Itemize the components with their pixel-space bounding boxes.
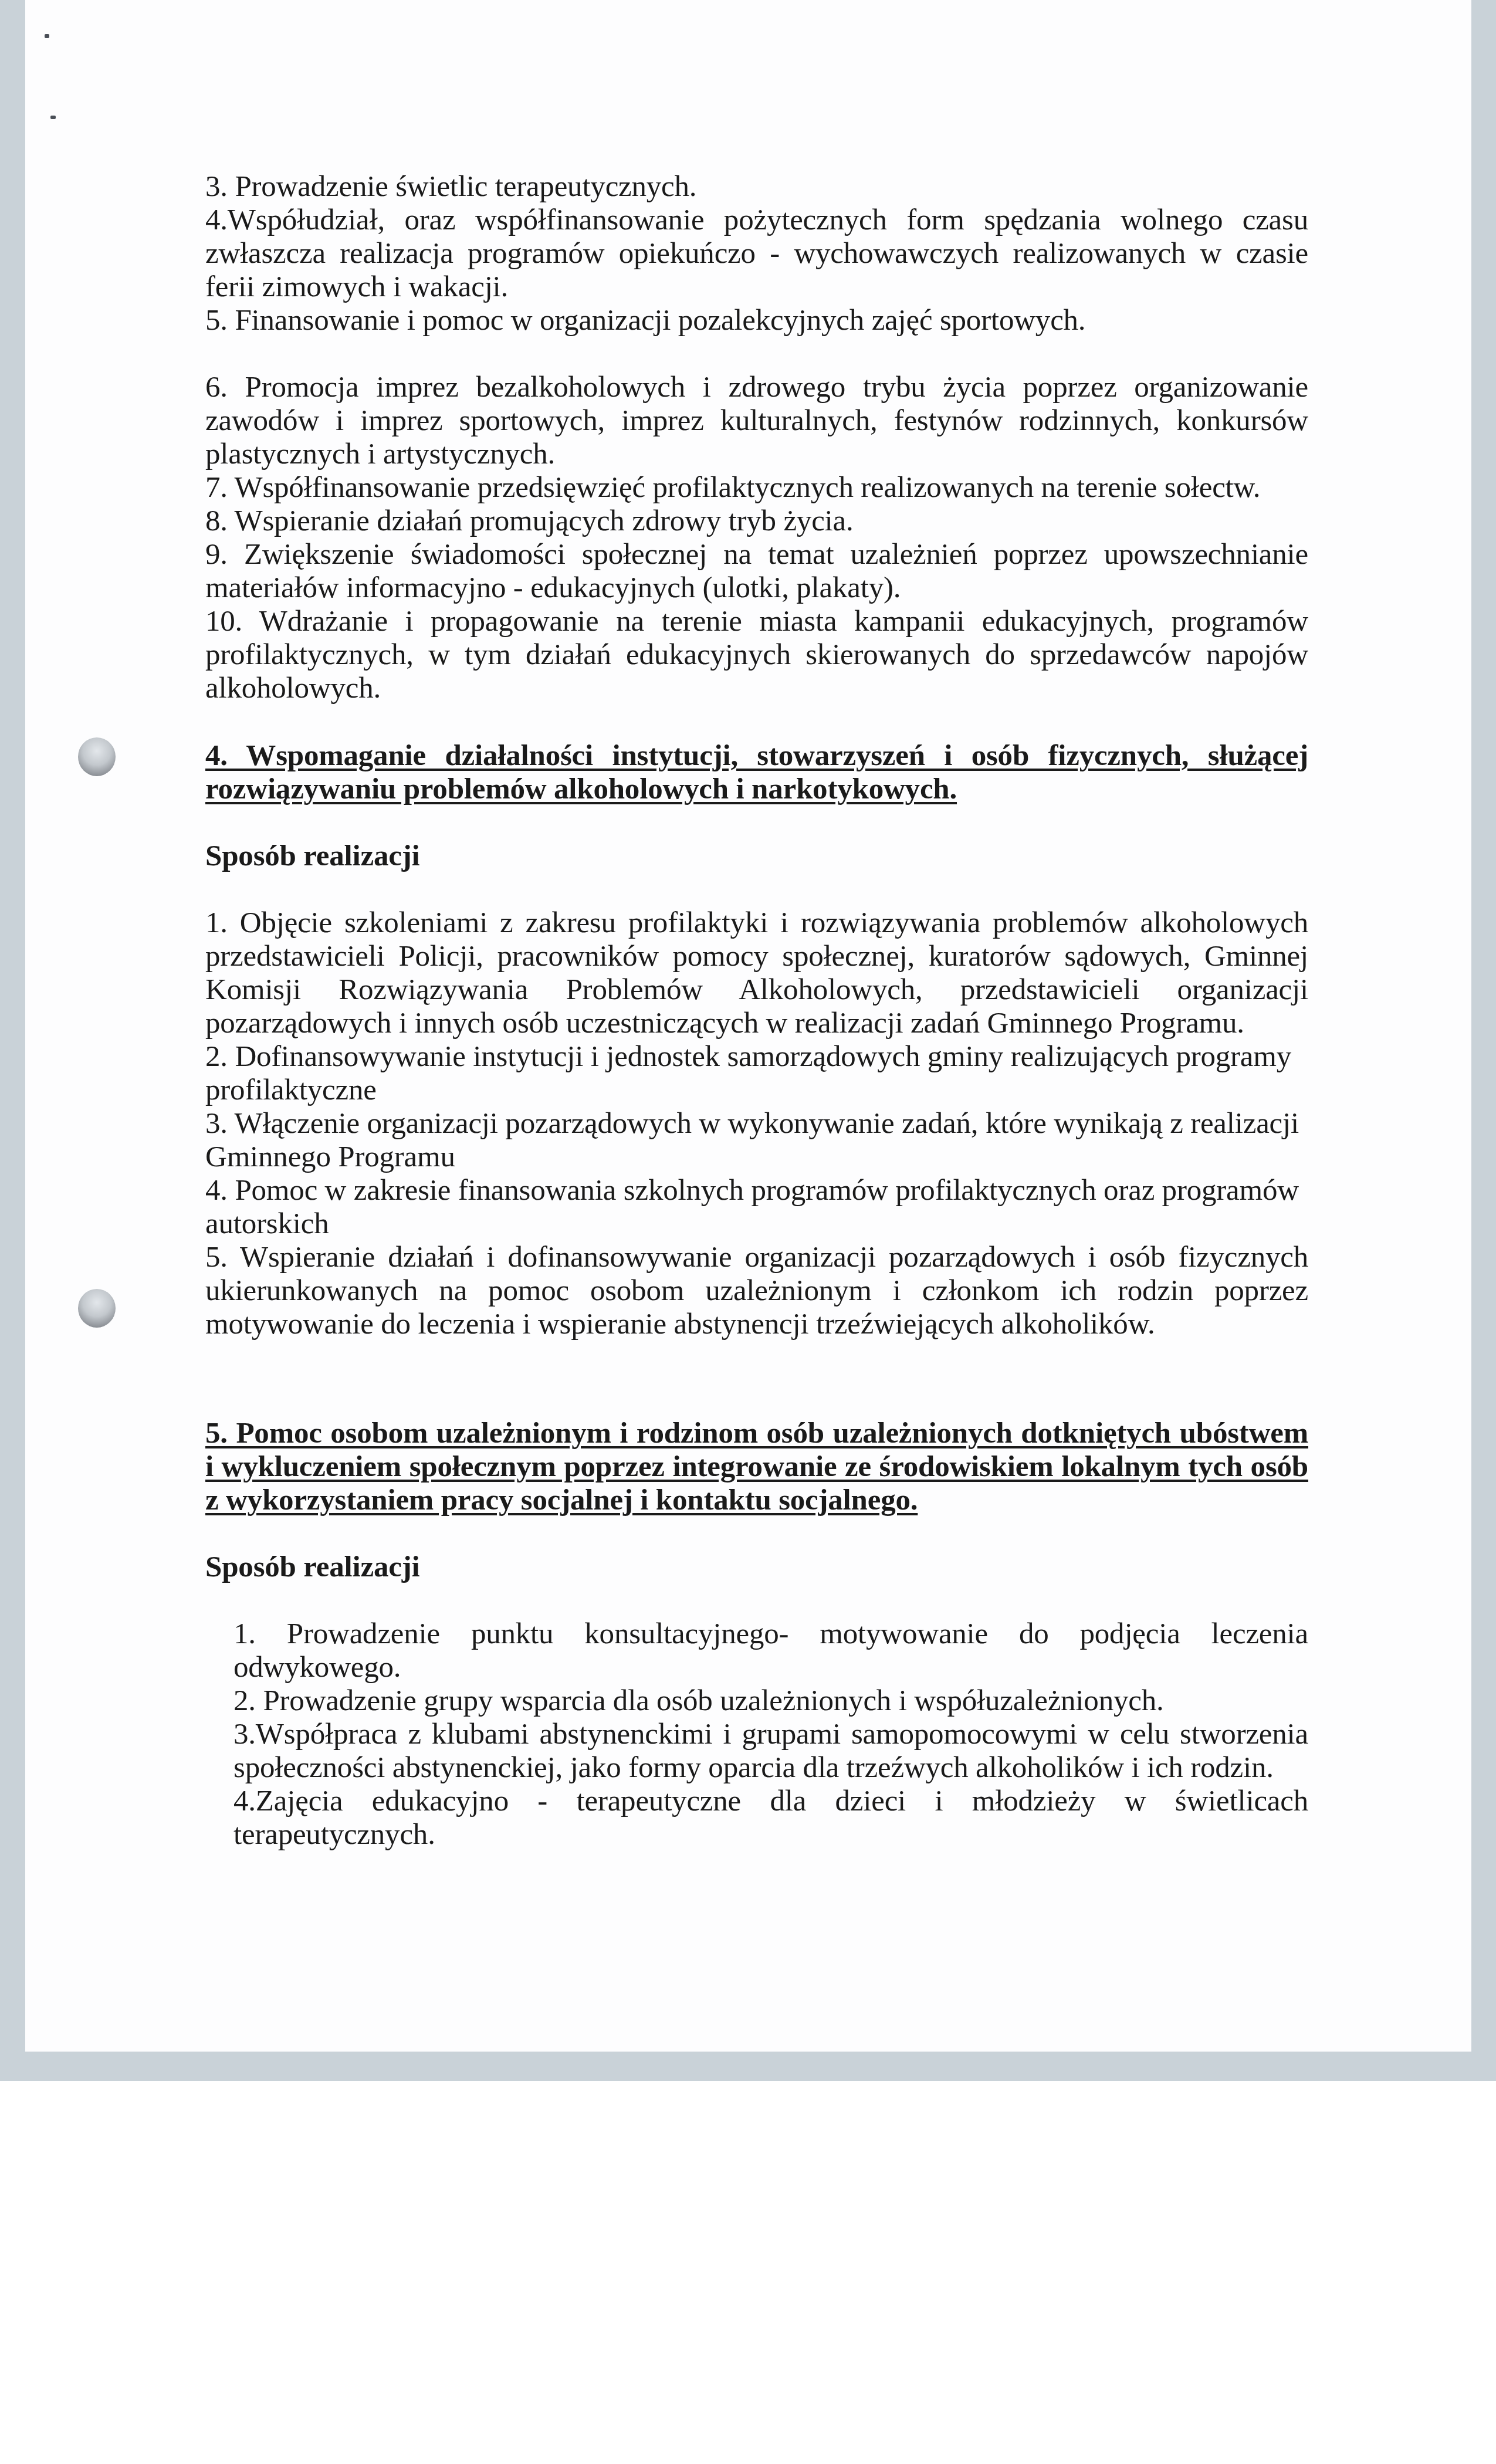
text-line: odwykowego. xyxy=(233,1651,1308,1684)
text-line: zawodów i imprez sportowych, imprez kult… xyxy=(205,404,1308,438)
text-line: profilaktycznych, w tym działań edukacyj… xyxy=(205,638,1308,672)
subheading: Sposób realizacji xyxy=(205,1551,1308,1584)
scan-speck xyxy=(50,116,56,119)
text-line: 9. Zwiększenie świadomości społecznej na… xyxy=(205,538,1308,571)
text-line: zwłaszcza realizacja programów opiekuńcz… xyxy=(205,237,1308,270)
text-line: 5. Wspieranie działań i dofinansowywanie… xyxy=(205,1241,1308,1274)
text-line: społeczności abstynenckiej, jako formy o… xyxy=(233,1751,1308,1785)
text-line: 1. Objęcie szkoleniami z zakresu profila… xyxy=(205,906,1308,940)
text-line: 8. Wspieranie działań promujących zdrowy… xyxy=(205,505,1308,538)
section-heading-line: i wykluczeniem społecznym poprzez integr… xyxy=(205,1450,1308,1483)
section-heading-line: 4. Wspomaganie działalności instytucji, … xyxy=(205,739,1308,772)
text-line: 10. Wdrażanie i propagowanie na terenie … xyxy=(205,605,1308,638)
section-heading: i wykluczeniem społecznym poprzez integr… xyxy=(205,1450,1308,1484)
text-line: 3. Prowadzenie świetlic terapeutycznych. xyxy=(205,170,1308,204)
text-line: alkoholowych. xyxy=(205,672,1308,705)
text-line: 3. Włączenie organizacji pozarządowych w… xyxy=(205,1107,1308,1140)
text-line: 5. Finansowanie i pomoc w organizacji po… xyxy=(205,304,1308,337)
text-line: autorskich xyxy=(205,1207,1308,1241)
section-heading: 4. Wspomaganie działalności instytucji, … xyxy=(205,739,1308,773)
text-line: Gminnego Programu xyxy=(205,1140,1308,1174)
text-line: profilaktyczne xyxy=(205,1074,1308,1107)
text-line: 4.Zajęcia edukacyjno - terapeutyczne dla… xyxy=(233,1785,1308,1818)
text-line: ukierunkowanych na pomoc osobom uzależni… xyxy=(205,1274,1308,1308)
text-line: przedstawicieli Policji, pracowników pom… xyxy=(205,940,1308,973)
text-line: motywowanie do leczenia i wspieranie abs… xyxy=(205,1308,1308,1341)
section-heading: rozwiązywaniu problemów alkoholowych i n… xyxy=(205,773,1308,806)
text-line: 3.Współpraca z klubami abstynenckimi i g… xyxy=(233,1718,1308,1751)
text-line: ferii zimowych i wakacji. xyxy=(205,270,1308,304)
text-line: pozarządowych i innych osób uczestnicząc… xyxy=(205,1007,1308,1040)
punch-hole-top xyxy=(78,737,116,776)
subheading: Sposób realizacji xyxy=(205,840,1308,873)
text-line: materiałów informacyjno - edukacyjnych (… xyxy=(205,571,1308,605)
text-line: 2. Dofinansowywanie instytucji i jednost… xyxy=(205,1040,1308,1074)
text-line: 7. Współfinansowanie przedsięwzięć profi… xyxy=(205,471,1308,505)
text-line: 2. Prowadzenie grupy wsparcia dla osób u… xyxy=(233,1684,1308,1718)
text-line: plastycznych i artystycznych. xyxy=(205,438,1308,471)
scan-speck xyxy=(45,34,49,38)
text-line: 4. Pomoc w zakresie finansowania szkolny… xyxy=(205,1174,1308,1207)
section-heading: z wykorzystaniem pracy socjalnej i konta… xyxy=(205,1484,1308,1517)
punch-hole-bottom xyxy=(78,1289,116,1328)
text-line: 6. Promocja imprez bezalkoholowych i zdr… xyxy=(205,371,1308,404)
text-line: 4.Współudział, oraz współfinansowanie po… xyxy=(205,204,1308,237)
section-heading-line: rozwiązywaniu problemów alkoholowych i n… xyxy=(205,773,957,805)
section-heading: 5. Pomoc osobom uzależnionym i rodzinom … xyxy=(205,1417,1308,1450)
text-line: 1. Prowadzenie punktu konsultacyjnego- m… xyxy=(233,1617,1308,1651)
text-line: Komisji Rozwiązywania Problemów Alkoholo… xyxy=(205,973,1308,1007)
section-heading-line: z wykorzystaniem pracy socjalnej i konta… xyxy=(205,1484,918,1517)
text-line: terapeutycznych. xyxy=(233,1818,1308,1852)
section-heading-line: 5. Pomoc osobom uzależnionym i rodzinom … xyxy=(205,1417,1308,1450)
